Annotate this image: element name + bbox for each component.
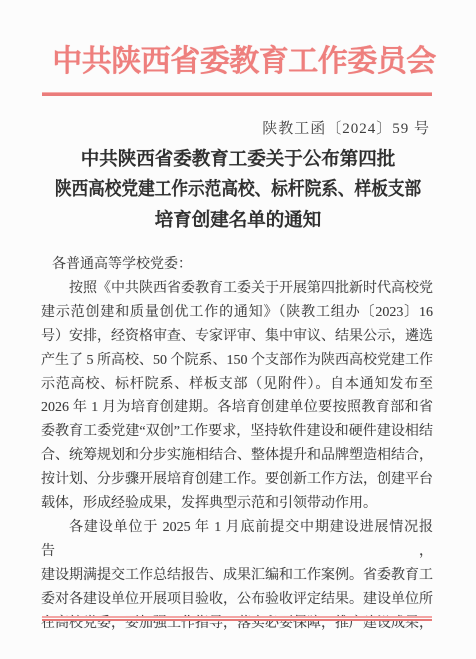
salutation: 各普通高等学校党委： xyxy=(52,253,433,277)
body-line: 号）安排，经资格审查、专家评审、集中审议、结果公示，遴选 xyxy=(41,325,433,349)
letterhead-divider xyxy=(42,92,432,96)
body-line: 按照《中共陕西省委教育工委关于开展第四批新时代高校党 xyxy=(41,277,433,301)
document-number: 陕教工函〔2024〕59 号 xyxy=(262,117,430,138)
page-break-divider xyxy=(42,616,432,621)
document-body: 各普通高等学校党委： 按照《中共陕西省委教育工委关于开展第四批新时代高校党 建示… xyxy=(41,253,433,636)
body-line: 示范高校、标杆院系、样板支部（见附件）。自本通知发布至 xyxy=(41,373,433,397)
body-line: 2026 年 1 月为培育创建期。各培育创建单位要按照教育部和省 xyxy=(41,396,433,420)
body-line: 委教育工委党建“双创”工作要求，坚持软件建设和硬件建设相结 xyxy=(41,420,433,444)
body-line: 各建设单位于 2025 年 1 月底前提交中期建设进展情况报告， xyxy=(41,516,433,564)
letterhead-org-name: 中共陕西省委教育工作委员会 xyxy=(6,36,476,80)
body-line: 建设期满提交工作总结报告、成果汇编和工作案例。省委教育工 xyxy=(41,564,433,588)
notice-title-line-1: 中共陕西省委教育工委关于公布第四批 xyxy=(0,145,476,175)
notice-title-line-2: 陕西高校党建工作示范高校、标杆院系、样板支部 xyxy=(24,175,452,205)
document-page: 中共陕西省委教育工作委员会 陕教工函〔2024〕59 号 中共陕西省委教育工委关… xyxy=(0,0,476,659)
notice-title-line-3: 培育创建名单的通知 xyxy=(0,206,476,236)
body-line: 建示范创建和质量创优工作的通知》（陕教工组办〔2023〕16 xyxy=(41,301,433,325)
body-line: 合、统筹规划和分步实施相结合、整体提升和品牌塑造相结合， xyxy=(41,444,433,468)
body-line: 委对各建设单位开展项目验收，公布验收评定结果。建设单位所 xyxy=(41,588,433,612)
body-line: 产生了 5 所高校、50 个院系、150 个支部作为陕西高校党建工作 xyxy=(41,349,433,373)
body-line: 按计划、分步骤开展培育创建工作。要创新工作方法，创建平台 xyxy=(41,468,433,492)
notice-title: 中共陕西省委教育工委关于公布第四批 陕西高校党建工作示范高校、标杆院系、样板支部… xyxy=(0,145,476,236)
body-line: 载体，形成经验成果，发挥典型示范和引领带动作用。 xyxy=(41,492,433,516)
